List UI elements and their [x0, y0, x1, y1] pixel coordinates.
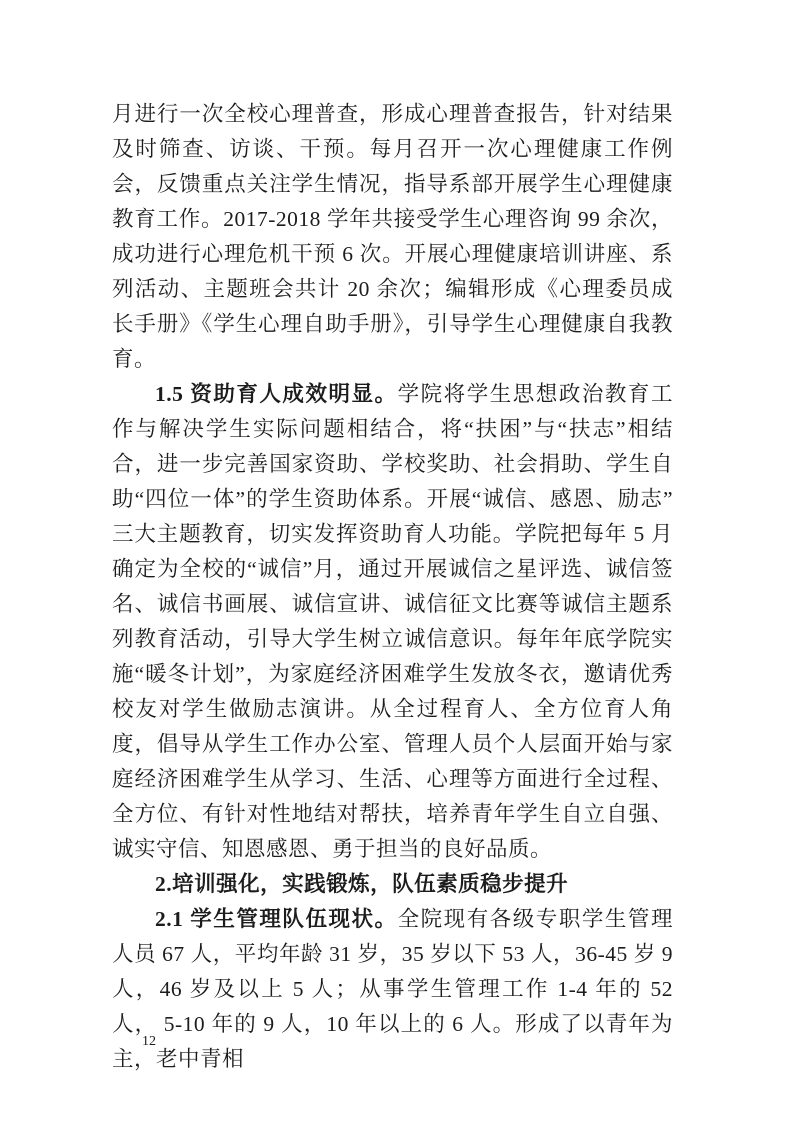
paragraph-text: 全院现有各级专职学生管理人员 67 人，平均年龄 31 岁，35 岁以下 53 … [112, 907, 673, 1071]
paragraph-lead: 2.1 学生管理队伍现状。 [155, 907, 398, 931]
document-page: 月进行一次全校心理普查，形成心理普查报告，针对结果及时筛查、访谈、干预。每月召开… [0, 0, 793, 1122]
page-number: 12 [142, 1033, 156, 1051]
paragraph-1-5-funding-education: 1.5 资助育人成效明显。学院将学生思想政治教育工作与解决学生实际问题相结合，将… [112, 377, 673, 867]
paragraph-lead: 1.5 资助育人成效明显。 [155, 382, 398, 406]
text-block: 月进行一次全校心理普查，形成心理普查报告，针对结果及时筛查、访谈、干预。每月召开… [112, 97, 673, 1077]
section-heading-2: 2.培训强化，实践锻炼，队伍素质稳步提升 [112, 867, 673, 902]
paragraph-2-1-team-status: 2.1 学生管理队伍现状。全院现有各级专职学生管理人员 67 人，平均年龄 31… [112, 902, 673, 1077]
heading-text: 2.培训强化，实践锻炼，队伍素质稳步提升 [155, 872, 568, 896]
paragraph-psych-health-continuation: 月进行一次全校心理普查，形成心理普查报告，针对结果及时筛查、访谈、干预。每月召开… [112, 97, 673, 377]
paragraph-text: 月进行一次全校心理普查，形成心理普查报告，针对结果及时筛查、访谈、干预。每月召开… [112, 102, 673, 371]
paragraph-text: 学院将学生思想政治教育工作与解决学生实际问题相结合，将“扶困”与“扶志”相结合，… [112, 382, 673, 861]
